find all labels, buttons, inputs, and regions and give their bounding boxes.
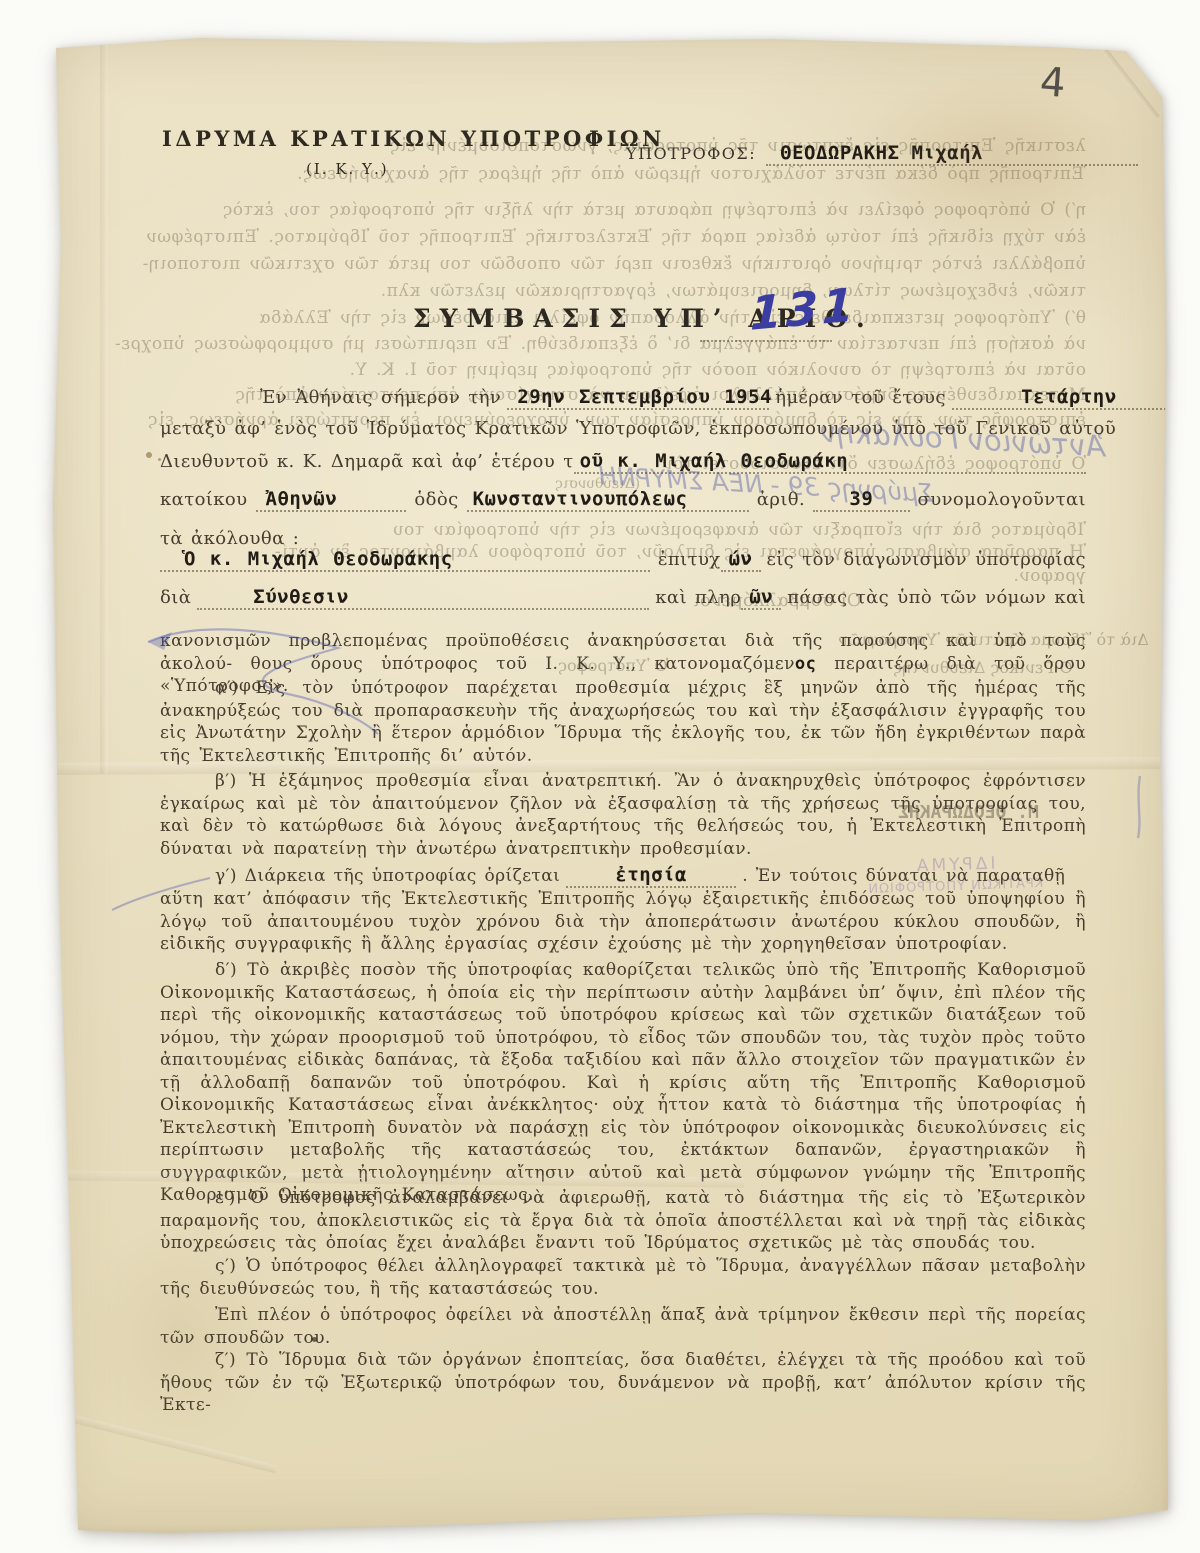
cut-corner-edge bbox=[1100, 45, 1160, 120]
intro-line-3: Διευθυντοῦ κ. Κ. Δημαρᾶ καὶ ἀφ’ ἑτέρου τ… bbox=[160, 450, 1086, 474]
bleedthrough-line: ἐὰν τύχῃ εἰδικῆς ἐπὶ τούτῳ ἀδείας παρὰ τ… bbox=[160, 227, 1086, 247]
fold-crease-vertical bbox=[100, 34, 108, 774]
street-number-value: 39 bbox=[849, 488, 873, 510]
org-name: ΙΔΡΥΜΑ ΚΡΑΤΙΚΩΝ ΥΠΟΤΡΟΦΙΩΝ bbox=[162, 126, 665, 151]
intro-line-4: κατοίκου Ἀθηνῶν ὁδὸς Κωνσταντινουπόλεως … bbox=[160, 488, 1086, 512]
contract-date-value: 29ην Σεπτεμβρίου 1954 bbox=[517, 386, 772, 408]
intro-text: συνομολογοῦνται bbox=[918, 489, 1086, 510]
intro-line-1: Ἐν Ἀθήναις σήμερον τὴν 29ην Σεπτεμβρίου … bbox=[160, 386, 1186, 410]
contract-number: 131 bbox=[750, 277, 859, 341]
intro-text: ἡμέραν τοῦ ἔτους bbox=[775, 387, 946, 408]
scholar-label: ΥΠΟΤΡΟΦΟΣ: bbox=[626, 144, 756, 163]
spot bbox=[146, 452, 152, 458]
declaration-text: διὰ bbox=[160, 587, 191, 608]
clause-st2: Ἐπὶ πλέον ὁ ὑπότροφος ὀφείλει νὰ ἀποστέλ… bbox=[160, 1304, 1086, 1349]
intro-text: Διευθυντοῦ κ. Κ. Δημαρᾶ καὶ ἀφ’ ἑτέρου τ bbox=[160, 451, 574, 472]
declaration-text: πάσας τὰς ὑπὸ τῶν νόμων καὶ bbox=[787, 587, 1086, 608]
contract-number-dotted-line bbox=[700, 340, 832, 342]
clause-d: δ′) Τὸ ἀκριβὲς ποσὸν τῆς ὑποτροφίας καθο… bbox=[160, 959, 1086, 1207]
bleedthrough-line: η′) Ὁ ὑπότροφος ὀφείλει νὰ ἐπιστρέψῃ πάρ… bbox=[160, 200, 1141, 220]
intro-text: τὰ ἀκόλουθα : bbox=[160, 528, 299, 549]
clause-text: γ′) Διάρκεια τῆς ὑποτροφίας ὁρίζεται bbox=[215, 866, 560, 886]
clause-text: . Ἐν τούτοις δύναται νὰ παραταθῇ bbox=[742, 866, 1065, 886]
intro-text: ἀριθ. bbox=[757, 489, 805, 510]
document-page: λεστικῆς Ἐπιτροπῆς εἰς ἔκπτωσιν τῆς ὑποτ… bbox=[50, 34, 1170, 1534]
intro-line-5: τὰ ἀκόλουθα : bbox=[160, 528, 1086, 549]
street-value: Κωνσταντινουπόλεως bbox=[473, 488, 688, 510]
clause-c-lead: γ′) Διάρκεια τῆς ὑποτροφίας ὁρίζεται ἐτη… bbox=[160, 864, 1141, 888]
clause-c-rest: αὕτη κατ’ ἀπόφασιν τῆς Ἐκτελεστικῆς Ἐπιτ… bbox=[160, 888, 1086, 956]
clause-e: ε′) Ὁ ὑπότροφος ἀναλαμβάνει νὰ ἀφιερωθῇ,… bbox=[160, 1187, 1086, 1255]
clause-b: β′) Ἡ ἑξάμηνος προθεσμία εἶναι ἀνατρεπτι… bbox=[160, 770, 1086, 860]
declaration-name-value: Ὁ κ. Μιχαήλ Θεοδωράκης bbox=[184, 548, 453, 570]
declaration-text: καὶ πληρ bbox=[655, 587, 741, 608]
clause-z: ζ′) Τὸ Ἵδρυμα διὰ τῶν ὀργάνων ἐποπτείας,… bbox=[160, 1349, 1086, 1417]
typed-insert: ος bbox=[795, 654, 816, 674]
intro-text: κατοίκου bbox=[160, 489, 248, 510]
intro-text: μεταξὺ ἀφ’ ἑνὸς τοῦ Ἱδρύματος Κρατικῶν Ὑ… bbox=[160, 418, 1116, 439]
clause-a: α′) Εἰς τὸν ὑπότροφον παρέχεται προθεσμί… bbox=[160, 677, 1086, 767]
scholar-field: ΥΠΟΤΡΟΦΟΣ: ΘΕΟΔΩΡΑΚΗΣ Μιχαήλ bbox=[626, 142, 1138, 166]
typed-insert: ών bbox=[729, 548, 753, 570]
typed-insert: ῶν bbox=[749, 586, 773, 608]
clause-st: ς′) Ὁ ὑπότροφος θέλει ἀλληλογραφεῖ τακτι… bbox=[160, 1255, 1086, 1300]
bleedthrough-line: τικῶν, ἐνδεχομένως τίτλων, δημοσιευμάτων… bbox=[160, 281, 1086, 301]
bleedthrough-line: οῦται νὰ ἐπιστρέψῃ τὸ συνολικὸν ποσὸν τῆ… bbox=[160, 360, 1086, 380]
bleedthrough-line: ὑποβάλλει ἐντὸς τριμήνου ὁριστικὴν ἔκθεσ… bbox=[160, 254, 1086, 274]
field-of-study-value: Σύνθεσιν bbox=[253, 586, 349, 608]
declaration-text: εἰς τὸν διαγωνισμὸν ὑποτροφίας bbox=[767, 549, 1087, 570]
declaration-line-1: Ὁ κ. Μιχαήλ Θεοδωράκης ἐπιτυχ ών εἰς τὸν… bbox=[160, 548, 1086, 572]
intro-line-2: μεταξὺ ἀφ’ ἑνὸς τοῦ Ἱδρύματος Κρατικῶν Ὑ… bbox=[160, 418, 1086, 439]
bleedthrough-line: νὰ ἀσκήσῃ ἐπὶ πενταετίαν τὸ ἐπάγγελμα δι… bbox=[160, 334, 1086, 354]
declaration-text: ἐπιτυχ bbox=[658, 549, 721, 570]
ink-scribble bbox=[1130, 772, 1150, 842]
residence-city-value: Ἀθηνῶν bbox=[266, 488, 338, 510]
org-abbreviation: (Ι. Κ. Υ.) bbox=[306, 160, 389, 178]
bleedthrough-line: Ἐπιτροπῆς πρὸ δέκα πέντε τοὐλάχιστον ἡμε… bbox=[160, 164, 1086, 184]
intro-text: ὁδὸς bbox=[414, 489, 458, 510]
weekday-value: Τετάρτην bbox=[1021, 386, 1117, 408]
declaration-line-2: διὰ Σύνθεσιν καὶ πληρ ῶν πάσας τὰς ὑπὸ τ… bbox=[160, 586, 1086, 610]
duration-value: ἐτησία bbox=[615, 864, 687, 886]
page-number: 4 bbox=[1038, 59, 1067, 107]
intro-text: Ἐν Ἀθήναις σήμερον τὴν bbox=[260, 387, 501, 408]
scholar-fullname-value: οῦ κ. Μιχαήλ Θεοδωράκη bbox=[580, 450, 849, 472]
scholar-name-value: ΘΕΟΔΩΡΑΚΗΣ Μιχαήλ bbox=[780, 142, 983, 164]
